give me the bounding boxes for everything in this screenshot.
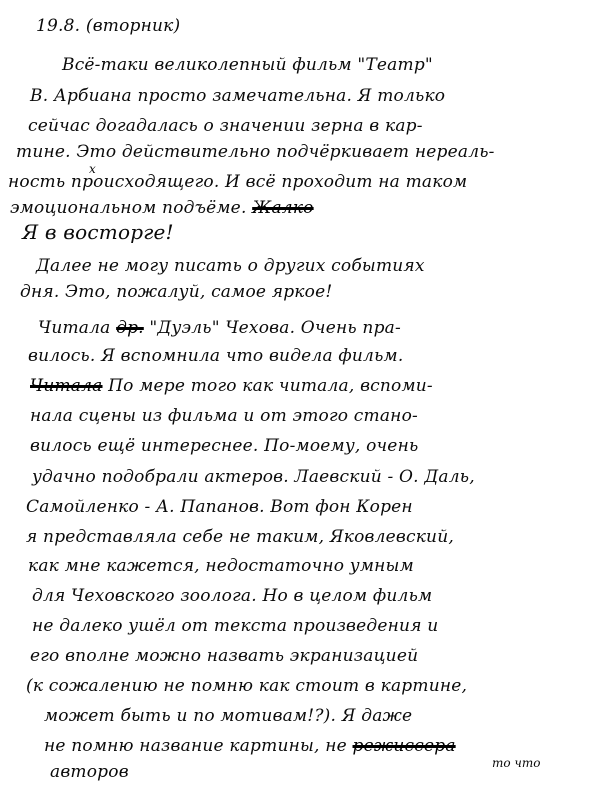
struck-word: Читала <box>30 376 103 396</box>
text-line-6: эмоциональном подъёме. Жалко <box>10 198 314 218</box>
text-line-12: Читала По мере того как читала, вспоми- <box>30 376 433 396</box>
diary-page: 19.8. (вторник) Всё-таки великолепный фи… <box>0 0 595 800</box>
date-heading: 19.8. (вторник) <box>36 16 180 36</box>
line-24-text: не помню название картины, не <box>44 736 347 756</box>
line-10-text-after: "Дуэль" Чехова. Очень пра- <box>149 318 401 338</box>
text-line-15: удачно подобрали актеров. Лаевский - О. … <box>32 467 475 487</box>
line-6-text: эмоциональном подъёме. <box>10 198 247 218</box>
text-line-10: Читала др. "Дуэль" Чехова. Очень пра- <box>38 318 401 338</box>
line-10-text: Читала <box>38 318 111 338</box>
text-line-18: как мне кажется, недостаточно умным <box>28 556 414 576</box>
text-line-7: Я в восторге! <box>22 222 174 242</box>
text-line-3: сейчас догадалась о значении зерна в кар… <box>28 116 423 136</box>
text-line-19: для Чеховского зоолога. Но в целом фильм <box>32 586 432 606</box>
text-line-14: вилось ещё интереснее. По-моему, очень <box>30 436 418 456</box>
insertion-text: то что <box>492 756 541 770</box>
text-line-11: вилось. Я вспомнила что видела фильм. <box>28 346 403 366</box>
text-line-8: Далее не могу писать о других событиях <box>36 256 425 276</box>
text-line-1: Всё-таки великолепный фильм "Театр" <box>62 55 433 75</box>
text-line-13: нала сцены из фильма и от этого стано- <box>30 406 418 426</box>
text-line-2: В. Арбиана просто замечательна. Я только <box>30 86 445 106</box>
struck-word: др. <box>116 318 144 338</box>
line-12-text: По мере того как читала, вспоми- <box>108 376 433 396</box>
text-line-24: не помню название картины, не режиссера <box>44 736 456 756</box>
text-line-23: может быть и по мотивам!?). Я даже <box>44 706 412 726</box>
struck-word: режиссера <box>353 736 456 756</box>
struck-word: Жалко <box>252 198 313 218</box>
text-line-4: тине. Это действительно подчёркивает нер… <box>16 142 495 162</box>
text-line-16: Самойленко - А. Папанов. Вот фон Корен <box>26 497 413 517</box>
text-line-17: я представляла себе не таким, Яковлевски… <box>26 527 454 547</box>
text-line-21: его вполне можно назвать экранизацией <box>30 646 418 666</box>
text-line-20: не далеко ушёл от текста произведения и <box>32 616 438 636</box>
text-line-9: дня. Это, пожалуй, самое яркое! <box>20 282 332 302</box>
text-line-25: авторов <box>50 762 129 782</box>
text-line-5: ность происходящего. И всё проходит на т… <box>8 172 467 192</box>
text-line-22: (к сожалению не помню как стоит в картин… <box>26 676 467 696</box>
